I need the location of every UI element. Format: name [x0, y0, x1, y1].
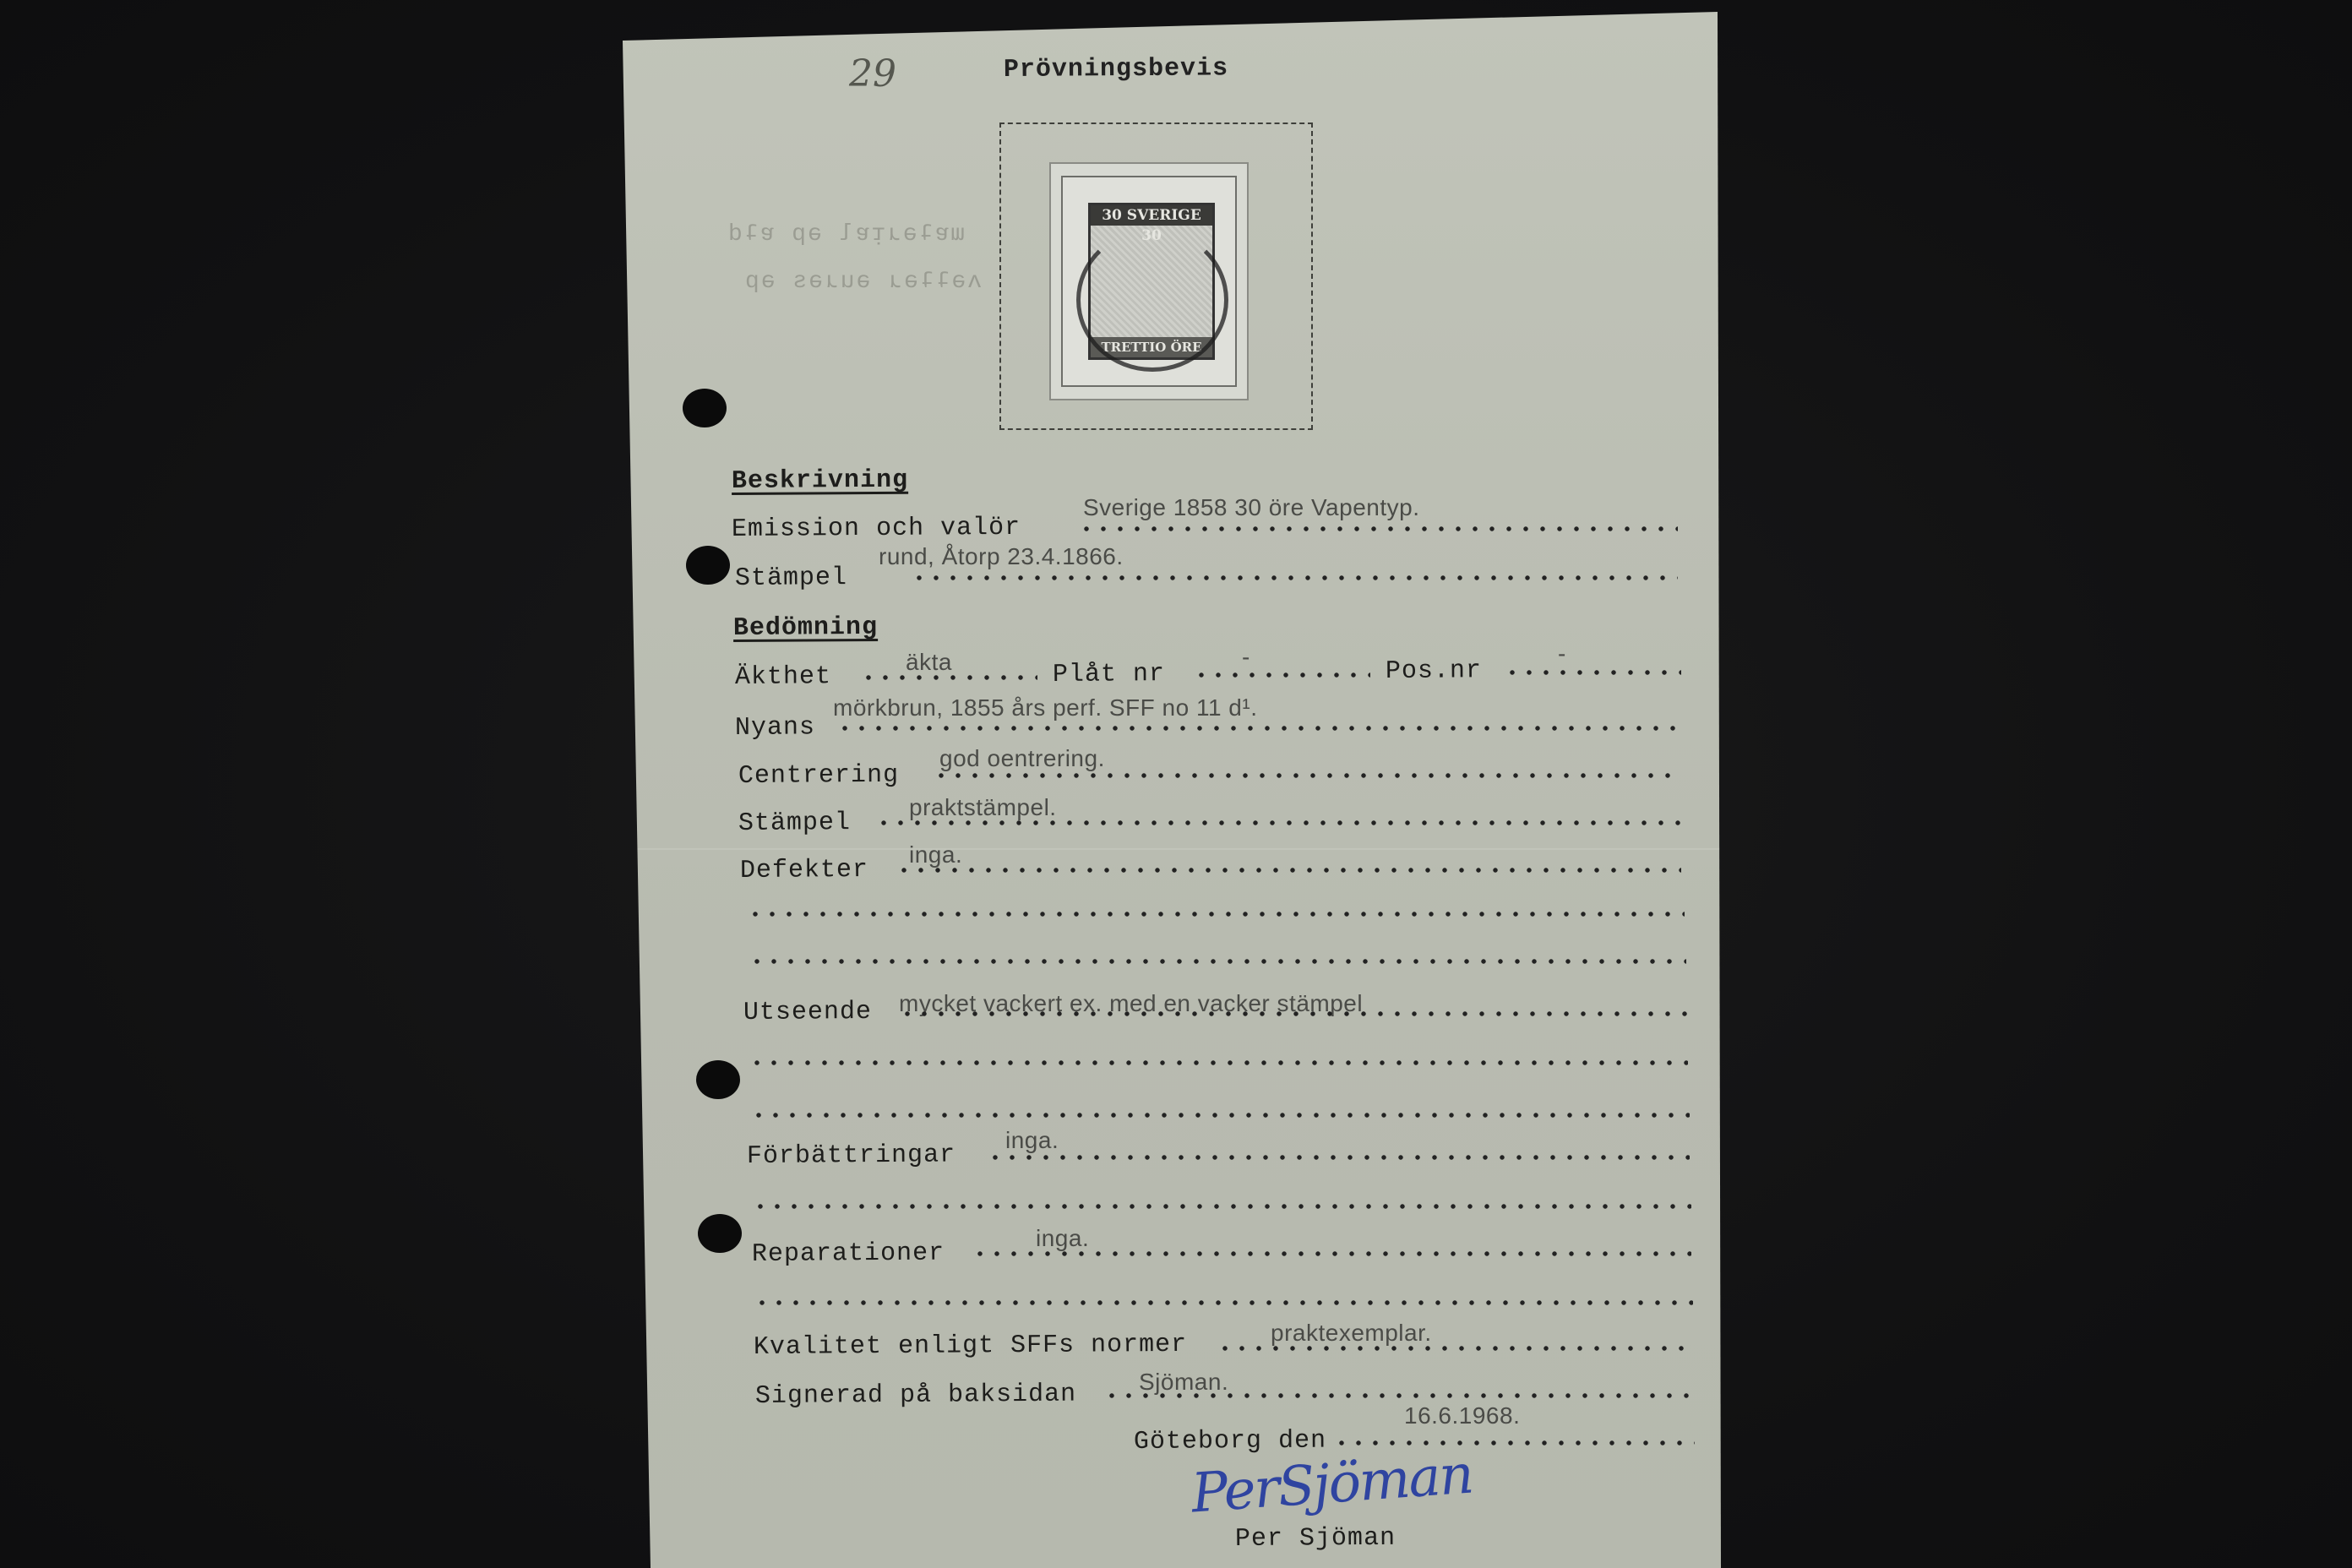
stampel-dotted-line	[911, 574, 1678, 581]
defekter-label: Defekter	[740, 856, 868, 885]
plat-label: Plåt nr	[1053, 660, 1165, 689]
centrering-label: Centrering	[738, 761, 899, 791]
centrering-value: god oentrering.	[939, 745, 1105, 772]
akthet-dotted-line	[860, 674, 1037, 681]
punch-hole	[683, 389, 727, 427]
akthet-value: äkta	[906, 649, 952, 676]
stamp-photo: 30 SVERIGE 30 TRETTIO ÖRE	[1049, 162, 1249, 400]
document-title: Prövningsbevis	[1004, 54, 1228, 84]
plat-value: -	[1242, 644, 1250, 671]
emission-label: Emission och valör	[732, 514, 1021, 544]
kvalitet-dotted-line	[1217, 1345, 1693, 1352]
punch-hole	[686, 546, 730, 585]
stamp-photo-border: 30 SVERIGE 30 TRETTIO ÖRE	[1061, 176, 1237, 387]
bleed-through-text: ʌǝʇʇǝɹ ǝuɹǝs ǝp	[743, 269, 982, 295]
heading-bedomning: Bedömning	[733, 613, 878, 643]
pos-value: -	[1558, 640, 1566, 667]
nyans-dotted-line	[836, 725, 1680, 732]
stampel2-dotted-line	[875, 819, 1681, 826]
paper-fold-line	[623, 848, 1751, 850]
nyans-value: mörkbrun, 1855 års perf. SFF no 11 d¹.	[833, 694, 1257, 721]
signer-name: Per Sjöman	[1235, 1524, 1396, 1554]
pos-label: Pos.nr	[1386, 656, 1482, 686]
defekter-value: inga.	[909, 841, 962, 868]
signerad-dotted-line	[1103, 1392, 1695, 1399]
bleed-through-text: ɯɐʇǝɹᴉɐl ǝp ɐʇd	[727, 221, 965, 248]
handwritten-number: 29	[849, 52, 896, 95]
heading-beskrivning: Beskrivning	[732, 466, 908, 496]
stampel2-value: praktstämpel.	[909, 794, 1057, 821]
reparationer-label: Reparationer	[752, 1239, 945, 1269]
centrering-dotted-line	[933, 772, 1681, 779]
stampel-label: Stämpel	[735, 563, 847, 593]
forbattringar-dotted-line	[987, 1154, 1690, 1161]
plat-dotted-line	[1193, 672, 1370, 678]
defekter-dotted-line	[896, 867, 1681, 874]
blank-dotted-line	[749, 1059, 1688, 1066]
blank-dotted-line	[750, 1112, 1690, 1119]
blank-dotted-line	[754, 1299, 1693, 1306]
punch-hole	[698, 1214, 742, 1253]
reparationer-dotted-line	[972, 1250, 1691, 1257]
forbattringar-label: Förbättringar	[747, 1141, 955, 1171]
reparationer-value: inga.	[1036, 1225, 1089, 1252]
akthet-label: Äkthet	[735, 662, 831, 692]
emission-value: Sverige 1858 30 öre Vapentyp.	[1083, 494, 1419, 521]
utseende-label: Utseende	[743, 998, 872, 1027]
stamp-top-text: 30 SVERIGE 30	[1091, 205, 1212, 226]
date-value: 16.6.1968.	[1404, 1402, 1520, 1429]
pos-dotted-line	[1504, 669, 1681, 676]
kvalitet-label: Kvalitet enligt SFFs normer	[754, 1331, 1187, 1362]
emission-dotted-line	[1078, 525, 1678, 532]
punch-hole	[696, 1060, 740, 1099]
kvalitet-value: praktexemplar.	[1271, 1320, 1432, 1347]
blank-dotted-line	[752, 1203, 1691, 1210]
blank-dotted-line	[749, 958, 1686, 965]
stampel2-label: Stämpel	[738, 808, 851, 838]
forbattringar-value: inga.	[1005, 1127, 1059, 1154]
blank-dotted-line	[747, 911, 1685, 917]
utseende-dotted-line	[899, 1010, 1688, 1017]
signerad-label: Signerad på baksidan	[755, 1380, 1076, 1411]
stampel-value: rund, Åtorp 23.4.1866.	[879, 543, 1124, 570]
postmark-icon	[1076, 228, 1228, 372]
signature-text: PerSjöman	[1190, 1443, 1474, 1525]
nyans-label: Nyans	[735, 713, 815, 743]
